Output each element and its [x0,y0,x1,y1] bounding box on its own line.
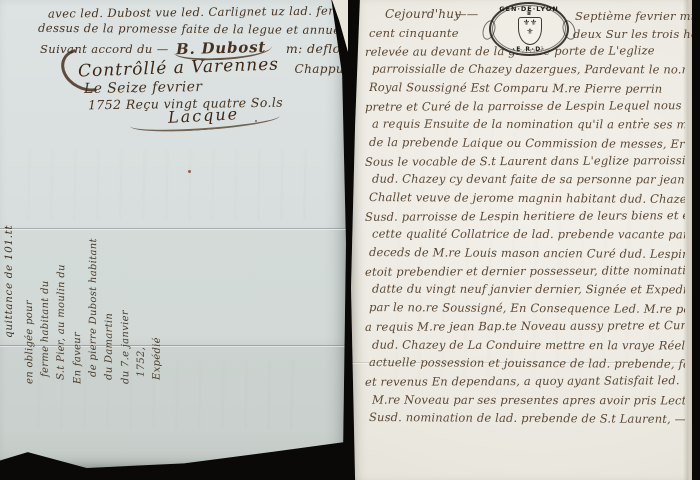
margin-note-line: de pierre Dubost habitant [86,232,102,377]
manuscript-line: datte du vingt neuf janvier dernier, Sig… [372,282,685,301]
margin-filing-note: en obligée pourferme habitant duS.t Pier… [22,232,168,384]
manuscript-line: deux Sur les trois heures de [573,27,700,41]
paper-stain [188,170,191,173]
controle-date: Le Seize fevrier [84,79,203,97]
fold-crease [0,228,347,231]
manuscript-line: dessus de la promesse faite de la legue … [38,21,370,37]
manuscript-line: etoit prebendier et dernier possesseur, … [365,263,685,283]
controle-mark: Contrôllé a Varennes [78,54,280,81]
margin-note-line: du Damartin [102,232,119,380]
manuscript-line: de la prebende Laique ou Commission de m… [369,135,685,155]
manuscript-line: a requis Ensuite de la nomination qu'il … [372,117,685,136]
manuscript-line: a requis M.re jean Bap.te Noveau aussy p… [365,318,685,338]
margin-note-line: en obligée pour [22,232,39,384]
right-page: GEN·DE·LYON ♛ ⚜⚜ ⚜ ·E R·D· Cejourd'huy —… [351,0,692,480]
margin-note-line: ferme habitant du [38,232,54,377]
margin-note-line: En faveur [70,232,87,384]
manuscript-line: dud. Chazey de La Conduire mettre en la … [372,337,685,356]
manuscript-line: M.re Noveau par ses presentes apres avoi… [372,392,685,411]
manuscript-line: pretre et Curé de la parroisse de Lespin… [365,98,685,118]
manuscript-line: avec led. Dubost vue led. Carlignet uz l… [48,3,357,20]
ink-bleed [20,150,310,220]
crown-icon: ♛ [489,10,569,17]
fleur-de-lis-icon: ⚜ [519,27,541,36]
tax-stamp: GEN·DE·LYON ♛ ⚜⚜ ⚜ ·E R·D· [489,2,569,56]
manuscript-line: parroissialle de Chazey dazergues, Parde… [372,62,685,81]
margin-note-line: S.t Pier, au moulin du [54,232,71,380]
left-page: avec led. Dubost vue led. Carlignet uz l… [0,0,347,468]
fleur-de-lis-icon: ⚜⚜ [519,18,541,27]
manuscript-line: Cejourd'huy [385,7,461,21]
manuscript-line: par le no.re Soussigné, En Consequence L… [369,300,685,320]
manuscript-line: Susd. nomination de lad. prebende de S.t… [369,410,685,430]
manuscript-line: dud. Chazey cy devant faite de sa person… [372,172,685,191]
stamp-denomination: ·E R·D· [489,46,569,53]
manuscript-line: actuelle possession et jouissance de lad… [369,355,685,375]
manuscript-line: Sous le vocable de S.t Laurent dans L'eg… [365,153,685,173]
manuscript-line: Septième fevrier mil sept [575,9,700,23]
margin-note-line: 1752, [134,232,150,377]
pen-dash: —— [455,7,478,21]
manuscript-line: Suivant accord du — [40,42,169,56]
manuscript-line: Susd. parroisse de Lespin heritiere de l… [365,208,685,228]
margin-note-line: du 7.e janvier [118,232,135,384]
manuscript-line: Challet veuve de jerome magnin habitant … [369,190,685,210]
manuscript-line: deceds de M.re Louis mason ancien Curé d… [369,245,685,265]
margin-note-line: Expédié [150,232,167,380]
manuscript-line: cent cinquante [369,26,459,40]
margin-amount-label: quittance de 101.tt [3,228,18,338]
manuscript-line: Royal Soussigné Est Comparu M.re Pierre … [369,80,685,100]
manuscript-line: cette qualité Collatrice de lad. prebend… [372,227,685,246]
manuscript-line: et revenus En dependans, a quoy ayant Sa… [365,373,685,393]
